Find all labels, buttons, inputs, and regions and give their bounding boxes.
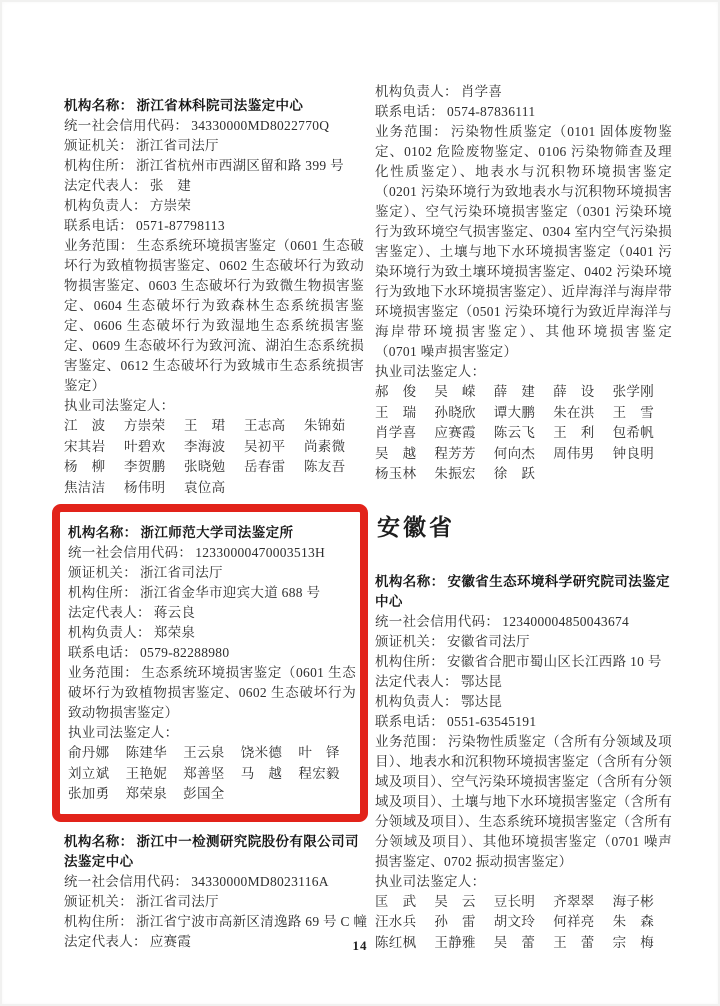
field-label: 机构负责人： xyxy=(68,625,151,640)
field-label: 机构住所： xyxy=(375,654,444,669)
appraiser-name: 张加勇 xyxy=(68,784,126,805)
appraiser-name: 周伟男 xyxy=(553,444,612,465)
business-scope: 业务范围：污染物性质鉴定（0101 固体废物鉴定、0102 危险废物鉴定、010… xyxy=(375,122,672,362)
appraiser-name: 钟良明 xyxy=(613,444,672,465)
appraiser-name: 吴初平 xyxy=(244,437,304,458)
field-line: 联系电话：0574-87836111 xyxy=(375,102,672,122)
appraiser-name: 叶碧欢 xyxy=(124,437,184,458)
field-value: 34330000MD8023116A xyxy=(191,874,329,889)
appraiser-name: 朱 森 xyxy=(613,912,672,933)
field-line: 联系电话：0579-82288980 xyxy=(68,643,356,663)
field-label: 统一社会信用代码： xyxy=(64,874,188,889)
field-line: 联系电话：0551-63545191 xyxy=(375,712,672,732)
field-line: 法定代表人：张 建 xyxy=(64,176,364,196)
field-label: 机构名称： xyxy=(64,834,134,849)
field-value: 安徽省司法厅 xyxy=(447,634,530,649)
field-label: 机构住所： xyxy=(64,158,133,173)
field-value: 0551-63545191 xyxy=(447,714,536,729)
field-line: 机构住所：浙江省金华市迎宾大道 688 号 xyxy=(68,583,356,603)
field-line: 机构住所：安徽省合肥市蜀山区长江西路 10 号 xyxy=(375,652,672,672)
field-line: 颁证机关：浙江省司法厅 xyxy=(68,563,356,583)
appraiser-name: 彭国全 xyxy=(183,784,241,805)
appraiser-name: 方崇荣 xyxy=(124,416,184,437)
field-value: 浙江省杭州市西湖区留和路 399 号 xyxy=(136,158,344,173)
org-block: 机构名称：浙江省林科院司法鉴定中心统一社会信用代码：34330000MD8022… xyxy=(64,96,364,498)
business-scope: 业务范围：污染物性质鉴定（含所有分领域及项目）、地表水和沉积物环境损害鉴定（含所… xyxy=(375,732,672,872)
appraiser-name: 俞丹娜 xyxy=(68,743,126,764)
appraiser-name: 岳春雷 xyxy=(244,457,304,478)
appraiser-name: 焦洁洁 xyxy=(64,478,124,499)
appraiser-name: 吴 越 xyxy=(375,444,434,465)
field-line: 颁证机关：安徽省司法厅 xyxy=(375,632,672,652)
field-line: 法定代表人：蒋云良 xyxy=(68,603,356,623)
field-value: 0574-87836111 xyxy=(447,104,535,119)
page-number: 14 xyxy=(0,938,720,954)
field-label: 联系电话： xyxy=(64,218,133,233)
appraisers-label: 执业司法鉴定人： xyxy=(375,872,672,892)
field-value: 鄂达昆 xyxy=(461,674,502,689)
field-label: 颁证机关： xyxy=(64,138,133,153)
appraiser-name: 江 波 xyxy=(64,416,124,437)
field-value: 肖学喜 xyxy=(461,84,502,99)
org-block-highlighted: 机构名称：浙江师范大学司法鉴定所统一社会信用代码：123300004700035… xyxy=(52,504,368,822)
field-line: 机构负责人：肖学喜 xyxy=(375,82,672,102)
appraiser-name: 朱振宏 xyxy=(434,464,493,485)
business-scope: 业务范围：生态系统环境损害鉴定（0601 生态破坏行为致植物损害鉴定、0602 … xyxy=(68,663,356,723)
appraiser-name: 陈友吾 xyxy=(304,457,364,478)
appraiser-name: 马 越 xyxy=(241,764,299,785)
appraiser-name: 杨伟明 xyxy=(124,478,184,499)
province-section-title: 安徽省 xyxy=(377,509,672,542)
left-column: 机构名称：浙江省林科院司法鉴定中心统一社会信用代码：34330000MD8022… xyxy=(64,96,364,958)
field-line: 机构负责人：鄂达昆 xyxy=(375,692,672,712)
appraiser-name: 郑荣泉 xyxy=(126,784,184,805)
org-block: 机构负责人：肖学喜联系电话：0574-87836111业务范围：污染物性质鉴定（… xyxy=(375,82,672,485)
field-label: 业务范围： xyxy=(64,238,134,253)
field-value: 郑荣泉 xyxy=(154,625,195,640)
field-label: 机构负责人： xyxy=(375,84,458,99)
appraiser-name: 王艳妮 xyxy=(126,764,184,785)
field-label: 机构负责人： xyxy=(375,694,458,709)
appraiser-name: 薛 设 xyxy=(553,382,612,403)
field-value: 浙江省司法厅 xyxy=(136,138,219,153)
appraiser-name: 匡 武 xyxy=(375,892,434,913)
appraisers-grid: 江 波方崇荣王 珺王志高朱锦茹宋其岩叶碧欢李海波吴初平尚素微杨 柳李贺鹏张晓勉岳… xyxy=(64,416,364,498)
field-value: 安徽省合肥市蜀山区长江西路 10 号 xyxy=(447,654,662,669)
field-value: 0571-87798113 xyxy=(136,218,225,233)
field-label: 颁证机关： xyxy=(64,894,133,909)
org-name-value: 浙江省林科院司法鉴定中心 xyxy=(137,98,304,113)
field-value: 蒋云良 xyxy=(154,605,195,620)
field-line: 机构住所：浙江省宁波市高新区清逸路 69 号 C 幢 xyxy=(64,912,364,932)
appraiser-name: 王 珺 xyxy=(184,416,244,437)
appraiser-name: 海子彬 xyxy=(613,892,672,913)
appraiser-name: 何祥亮 xyxy=(553,912,612,933)
field-value: 张 建 xyxy=(150,178,191,193)
appraiser-name: 何向杰 xyxy=(494,444,553,465)
appraiser-name: 吴 云 xyxy=(434,892,493,913)
field-label: 统一社会信用代码： xyxy=(375,614,499,629)
appraiser-name: 肖学喜 xyxy=(375,423,434,444)
field-line: 联系电话：0571-87798113 xyxy=(64,216,364,236)
field-label: 统一社会信用代码： xyxy=(68,545,192,560)
field-label: 机构名称： xyxy=(64,98,134,113)
field-label: 业务范围： xyxy=(375,734,445,749)
appraiser-name: 薛 建 xyxy=(494,382,553,403)
appraiser-name: 郝 俊 xyxy=(375,382,434,403)
field-label: 联系电话： xyxy=(68,645,137,660)
field-value: 浙江省宁波市高新区清逸路 69 号 C 幢 xyxy=(136,914,367,929)
field-value: 浙江省金华市迎宾大道 688 号 xyxy=(140,585,320,600)
appraiser-name: 郑善坚 xyxy=(183,764,241,785)
field-value: 鄂达昆 xyxy=(461,694,502,709)
appraiser-name: 吴 嵘 xyxy=(434,382,493,403)
appraiser-name: 尚素微 xyxy=(304,437,364,458)
org-name-line: 机构名称：浙江师范大学司法鉴定所 xyxy=(68,523,356,543)
field-value: 浙江省司法厅 xyxy=(136,894,219,909)
appraiser-name: 包希帆 xyxy=(613,423,672,444)
appraiser-name: 叶 铎 xyxy=(298,743,356,764)
field-label: 颁证机关： xyxy=(375,634,444,649)
field-value: 12330000470003513H xyxy=(195,545,325,560)
field-line: 机构负责人：方崇荣 xyxy=(64,196,364,216)
appraisers-label: 执业司法鉴定人： xyxy=(68,723,356,743)
field-line: 颁证机关：浙江省司法厅 xyxy=(64,136,364,156)
field-value: 0579-82288980 xyxy=(140,645,229,660)
appraiser-name: 杨玉林 xyxy=(375,464,434,485)
org-name-line: 机构名称：浙江省林科院司法鉴定中心 xyxy=(64,96,364,116)
org-name-value: 浙江师范大学司法鉴定所 xyxy=(141,525,294,540)
field-value: 方崇荣 xyxy=(150,198,191,213)
appraiser-name: 陈云飞 xyxy=(494,423,553,444)
business-scope-text: 生态系统环境损害鉴定（0601 生态破坏行为致植物损害鉴定、0602 生态破坏行… xyxy=(64,238,364,393)
appraiser-name: 王 瑞 xyxy=(375,403,434,424)
appraiser-name: 杨 柳 xyxy=(64,457,124,478)
field-label: 机构负责人： xyxy=(64,198,147,213)
appraiser-name: 刘立斌 xyxy=(68,764,126,785)
appraiser-name: 陈建华 xyxy=(126,743,184,764)
field-label: 业务范围： xyxy=(375,124,448,139)
appraisers-grid: 郝 俊吴 嵘薛 建薛 设张学刚王 瑞孙晓欣谭大鹏朱在洪王 雪肖学喜应赛霞陈云飞王… xyxy=(375,382,672,485)
field-label: 统一社会信用代码： xyxy=(64,118,188,133)
field-label: 联系电话： xyxy=(375,104,444,119)
appraisers-grid: 俞丹娜陈建华王云泉饶米德叶 铎刘立斌王艳妮郑善坚马 越程宏毅张加勇郑荣泉彭国全 xyxy=(68,743,356,805)
field-line: 统一社会信用代码：34330000MD8023116A xyxy=(64,872,364,892)
appraiser-name: 李海波 xyxy=(184,437,244,458)
field-line: 颁证机关：浙江省司法厅 xyxy=(64,892,364,912)
appraisers-label: 执业司法鉴定人： xyxy=(64,396,364,416)
business-scope-text: 污染物性质鉴定（含所有分领域及项目）、地表水和沉积物环境损害鉴定（含所有分领域及… xyxy=(375,734,672,869)
field-line: 统一社会信用代码：123400004850043674 xyxy=(375,612,672,632)
field-label: 机构名称： xyxy=(375,574,445,589)
field-value: 123400004850043674 xyxy=(502,614,629,629)
field-line: 机构住所：浙江省杭州市西湖区留和路 399 号 xyxy=(64,156,364,176)
appraiser-name: 饶米德 xyxy=(241,743,299,764)
field-label: 机构住所： xyxy=(64,914,133,929)
appraiser-name: 程宏毅 xyxy=(298,764,356,785)
right-column: 机构负责人：肖学喜联系电话：0574-87836111业务范围：污染物性质鉴定（… xyxy=(375,82,672,959)
appraiser-name: 齐翠翠 xyxy=(553,892,612,913)
field-label: 法定代表人： xyxy=(64,178,147,193)
appraiser-name: 汪水兵 xyxy=(375,912,434,933)
appraiser-name: 胡文玲 xyxy=(494,912,553,933)
field-line: 机构负责人：郑荣泉 xyxy=(68,623,356,643)
business-scope-text: 污染物性质鉴定（0101 固体废物鉴定、0102 危险废物鉴定、0106 污染物… xyxy=(375,124,672,359)
appraiser-name: 张晓勉 xyxy=(184,457,244,478)
org-block: 机构名称：浙江中一检测研究院股份有限公司司法鉴定中心统一社会信用代码：34330… xyxy=(64,832,364,952)
field-line: 统一社会信用代码：34330000MD8022770Q xyxy=(64,116,364,136)
appraiser-name: 孙晓欣 xyxy=(434,403,493,424)
business-scope: 业务范围：生态系统环境损害鉴定（0601 生态破坏行为致植物损害鉴定、0602 … xyxy=(64,236,364,396)
appraiser-name: 袁位高 xyxy=(184,478,244,499)
org-name-line: 机构名称：浙江中一检测研究院股份有限公司司法鉴定中心 xyxy=(64,832,364,872)
field-label: 机构住所： xyxy=(68,585,137,600)
appraisers-label: 执业司法鉴定人： xyxy=(375,362,672,382)
appraiser-name: 李贺鹏 xyxy=(124,457,184,478)
appraiser-name: 应赛霞 xyxy=(434,423,493,444)
appraiser-name: 王云泉 xyxy=(183,743,241,764)
field-line: 统一社会信用代码：12330000470003513H xyxy=(68,543,356,563)
field-value: 浙江省司法厅 xyxy=(140,565,223,580)
field-label: 法定代表人： xyxy=(375,674,458,689)
appraiser-name: 孙 雷 xyxy=(434,912,493,933)
appraiser-name: 宋其岩 xyxy=(64,437,124,458)
appraiser-name: 张学刚 xyxy=(613,382,672,403)
field-line: 法定代表人：鄂达昆 xyxy=(375,672,672,692)
appraiser-name: 王 利 xyxy=(553,423,612,444)
appraiser-name: 谭大鹏 xyxy=(494,403,553,424)
field-label: 颁证机关： xyxy=(68,565,137,580)
appraiser-name: 朱在洪 xyxy=(553,403,612,424)
field-label: 机构名称： xyxy=(68,525,138,540)
appraiser-name: 王志高 xyxy=(244,416,304,437)
appraiser-name: 徐 跃 xyxy=(494,464,553,485)
appraiser-name: 王 雪 xyxy=(613,403,672,424)
appraiser-name: 程芳芳 xyxy=(434,444,493,465)
org-name-line: 机构名称：安徽省生态环境科学研究院司法鉴定中心 xyxy=(375,572,672,612)
field-label: 联系电话： xyxy=(375,714,444,729)
appraiser-name: 朱锦茹 xyxy=(304,416,364,437)
org-block: 机构名称：安徽省生态环境科学研究院司法鉴定中心统一社会信用代码：12340000… xyxy=(375,572,672,954)
field-label: 业务范围： xyxy=(68,665,138,680)
appraiser-name: 豆长明 xyxy=(494,892,553,913)
field-value: 34330000MD8022770Q xyxy=(191,118,329,133)
field-label: 法定代表人： xyxy=(68,605,151,620)
